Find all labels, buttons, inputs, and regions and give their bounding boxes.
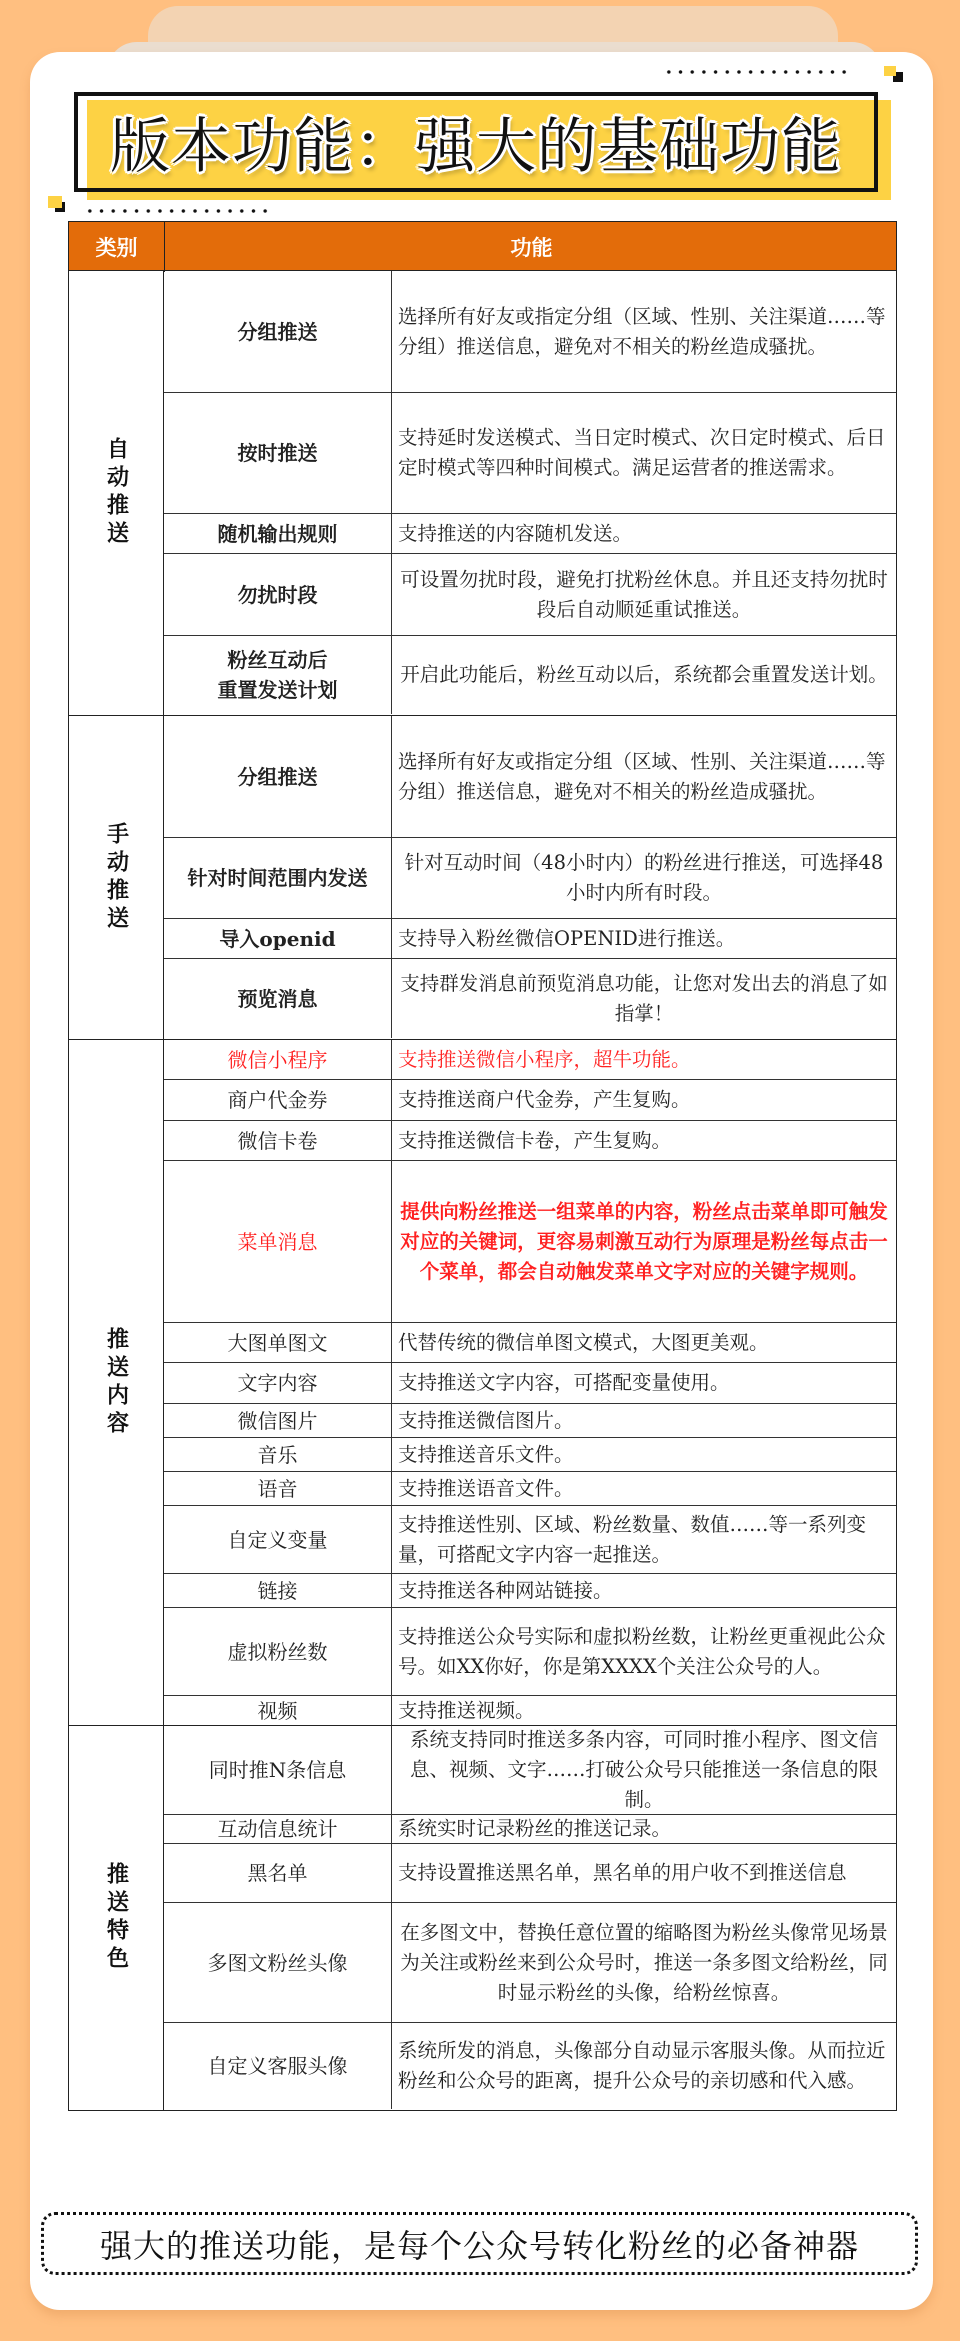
feature-name: 同时推N条信息: [164, 1726, 392, 1814]
feature-desc: 开启此功能后，粉丝互动以后，系统都会重置发送计划。: [392, 636, 896, 714]
feature-desc: 系统所发的消息，头像部分自动显示客服头像。从而拉近粉丝和公众号的距离，提升公众号…: [392, 2023, 896, 2109]
table-row: 分组推送 选择所有好友或指定分组（区域、性别、关注渠道……等分组）推送信息，避免…: [164, 271, 896, 393]
table-row: 视频 支持推送视频。: [164, 1696, 896, 1725]
feature-desc: 支持推送微信图片。: [392, 1404, 896, 1437]
feature-desc: 针对互动时间（48小时内）的粉丝进行推送，可选择48小时内所有时段。: [392, 838, 896, 918]
feature-desc: 支持群发消息前预览消息功能，让您对发出去的消息了如指掌！: [392, 959, 896, 1038]
feature-name: 分组推送: [164, 271, 392, 392]
feature-desc: 系统实时记录粉丝的推送记录。: [392, 1815, 896, 1843]
table-row: 勿扰时段 可设置勿扰时段，避免打扰粉丝休息。并且还支持勿扰时段后自动顺延重试推送…: [164, 554, 896, 636]
feature-desc: 支持导入粉丝微信OPENID进行推送。: [392, 919, 896, 958]
corner-square-yellow-bottom: [48, 196, 62, 208]
feature-name: 微信卡卷: [164, 1121, 392, 1160]
feature-name: 商户代金券: [164, 1080, 392, 1120]
table-row: 分组推送 选择所有好友或指定分组（区域、性别、关注渠道……等分组）推送信息，避免…: [164, 716, 896, 838]
table-row: 按时推送 支持延时发送模式、当日定时模式、次日定时模式、后日定时模式等四种时间模…: [164, 393, 896, 514]
feature-desc: 代替传统的微信单图文模式，大图更美观。: [392, 1323, 896, 1362]
feature-name: 分组推送: [164, 716, 392, 837]
feature-name: 按时推送: [164, 393, 392, 513]
table-row: 自定义变量 支持推送性别、区域、粉丝数量、数值……等一系列变量，可搭配文字内容一…: [164, 1506, 896, 1574]
feature-name: 语音: [164, 1472, 392, 1505]
table-row: 微信小程序 支持推送微信小程序，超牛功能。: [164, 1040, 896, 1080]
table-row: 微信图片 支持推送微信图片。: [164, 1404, 896, 1438]
footer-slogan: 强大的推送功能，是每个公众号转化粉丝的必备神器: [100, 2221, 859, 2267]
feature-name: 虚拟粉丝数: [164, 1608, 392, 1695]
table-row: 微信卡卷 支持推送微信卡卷，产生复购。: [164, 1121, 896, 1161]
table-row: 菜单消息 提供向粉丝推送一组菜单的内容，粉丝点击菜单即可触发对应的关键词，更容易…: [164, 1161, 896, 1323]
group-label: 手动推送: [69, 716, 164, 1039]
group-manual-push: 手动推送 分组推送 选择所有好友或指定分组（区域、性别、关注渠道……等分组）推送…: [68, 716, 897, 1040]
table-row: 链接 支持推送各种网站链接。: [164, 1574, 896, 1608]
title-banner: 版本功能：强大的基础功能: [74, 92, 878, 192]
feature-name: 微信小程序: [164, 1040, 392, 1079]
group-push-features: 推送特色 同时推N条信息 系统支持同时推送多条内容，可同时推小程序、图文信息、视…: [68, 1726, 897, 2111]
feature-desc: 支持推送商户代金券，产生复购。: [392, 1080, 896, 1120]
table-row: 粉丝互动后 重置发送计划 开启此功能后，粉丝互动以后，系统都会重置发送计划。: [164, 636, 896, 714]
table-row: 商户代金券 支持推送商户代金券，产生复购。: [164, 1080, 896, 1121]
feature-desc: 可设置勿扰时段，避免打扰粉丝休息。并且还支持勿扰时段后自动顺延重试推送。: [392, 554, 896, 635]
feature-desc: 支持推送的内容随机发送。: [392, 514, 896, 553]
feature-name: 文字内容: [164, 1363, 392, 1403]
page-title: 版本功能：强大的基础功能: [110, 99, 842, 185]
feature-name: 针对时间范围内发送: [164, 838, 392, 918]
table-row: 文字内容 支持推送文字内容，可搭配变量使用。: [164, 1363, 896, 1404]
table-row: 随机输出规则 支持推送的内容随机发送。: [164, 514, 896, 554]
table-row: 同时推N条信息 系统支持同时推送多条内容，可同时推小程序、图文信息、视频、文字……: [164, 1726, 896, 1815]
feature-desc: 支持推送微信小程序，超牛功能。: [392, 1040, 896, 1079]
feature-desc: 选择所有好友或指定分组（区域、性别、关注渠道……等分组）推送信息，避免对不相关的…: [392, 271, 896, 392]
header-category: 类别: [69, 222, 165, 272]
feature-name: 微信图片: [164, 1404, 392, 1437]
feature-desc: 系统支持同时推送多条内容，可同时推小程序、图文信息、视频、文字……打破公众号只能…: [392, 1726, 896, 1814]
feature-name: 链接: [164, 1574, 392, 1607]
group-auto-push: 自动推送 分组推送 选择所有好友或指定分组（区域、性别、关注渠道……等分组）推送…: [68, 271, 897, 716]
feature-name: 互动信息统计: [164, 1815, 392, 1843]
feature-desc: 支持推送视频。: [392, 1696, 896, 1725]
table-row: 导入openid 支持导入粉丝微信OPENID进行推送。: [164, 919, 896, 959]
table-row: 自定义客服头像 系统所发的消息，头像部分自动显示客服头像。从而拉近粉丝和公众号的…: [164, 2023, 896, 2109]
feature-desc: 支持推送语音文件。: [392, 1472, 896, 1505]
table-row: 音乐 支持推送音乐文件。: [164, 1438, 896, 1472]
decorative-dots-bottom: [84, 209, 274, 213]
feature-desc: 选择所有好友或指定分组（区域、性别、关注渠道……等分组）推送信息，避免对不相关的…: [392, 716, 896, 837]
feature-desc: 支持推送公众号实际和虚拟粉丝数，让粉丝更重视此公众号。如XX你好，你是第XXXX…: [392, 1608, 896, 1695]
feature-name: 自定义客服头像: [164, 2023, 392, 2109]
corner-square-yellow-top: [884, 66, 896, 76]
table-row: 预览消息 支持群发消息前预览消息功能，让您对发出去的消息了如指掌！: [164, 959, 896, 1038]
table-row: 互动信息统计 系统实时记录粉丝的推送记录。: [164, 1815, 896, 1844]
feature-name: 勿扰时段: [164, 554, 392, 635]
feature-name: 黑名单: [164, 1844, 392, 1902]
feature-name: 多图文粉丝头像: [164, 1903, 392, 2022]
table-row: 多图文粉丝头像 在多图文中，替换任意位置的缩略图为粉丝头像常见场景为关注或粉丝来…: [164, 1903, 896, 2023]
feature-name: 菜单消息: [164, 1161, 392, 1322]
feature-desc: 在多图文中，替换任意位置的缩略图为粉丝头像常见场景为关注或粉丝来到公众号时，推送…: [392, 1903, 896, 2022]
feature-name: 自定义变量: [164, 1506, 392, 1573]
feature-name: 预览消息: [164, 959, 392, 1038]
table-row: 针对时间范围内发送 针对互动时间（48小时内）的粉丝进行推送，可选择48小时内所…: [164, 838, 896, 919]
group-push-content: 推送内容 微信小程序 支持推送微信小程序，超牛功能。 商户代金券 支持推送商户代…: [68, 1040, 897, 1726]
header-function: 功能: [165, 222, 898, 272]
group-label: 推送内容: [69, 1040, 164, 1725]
feature-name: 粉丝互动后 重置发送计划: [164, 636, 392, 714]
feature-desc: 支持推送微信卡卷，产生复购。: [392, 1121, 896, 1160]
table-header: 类别 功能: [68, 221, 897, 271]
decorative-dots-top: [663, 70, 853, 74]
feature-desc: 支持推送各种网站链接。: [392, 1574, 896, 1607]
feature-desc: 支持设置推送黑名单，黑名单的用户收不到推送信息: [392, 1844, 896, 1902]
table-row: 黑名单 支持设置推送黑名单，黑名单的用户收不到推送信息: [164, 1844, 896, 1903]
feature-desc: 支持推送性别、区域、粉丝数量、数值……等一系列变量，可搭配文字内容一起推送。: [392, 1506, 896, 1573]
table-row: 虚拟粉丝数 支持推送公众号实际和虚拟粉丝数，让粉丝更重视此公众号。如XX你好，你…: [164, 1608, 896, 1696]
feature-name: 音乐: [164, 1438, 392, 1471]
footer-banner: 强大的推送功能，是每个公众号转化粉丝的必备神器: [41, 2212, 918, 2275]
feature-desc: 支持推送音乐文件。: [392, 1438, 896, 1471]
feature-desc: 提供向粉丝推送一组菜单的内容，粉丝点击菜单即可触发对应的关键词，更容易刺激互动行…: [392, 1161, 896, 1322]
feature-desc: 支持推送文字内容，可搭配变量使用。: [392, 1363, 896, 1403]
feature-name: 大图单图文: [164, 1323, 392, 1362]
table-row: 大图单图文 代替传统的微信单图文模式，大图更美观。: [164, 1323, 896, 1363]
feature-name: 随机输出规则: [164, 514, 392, 553]
group-label: 自动推送: [69, 271, 164, 715]
table-row: 语音 支持推送语音文件。: [164, 1472, 896, 1506]
group-label: 推送特色: [69, 1726, 164, 2110]
feature-name: 视频: [164, 1696, 392, 1725]
feature-name: 导入openid: [164, 919, 392, 958]
feature-desc: 支持延时发送模式、当日定时模式、次日定时模式、后日定时模式等四种时间模式。满足运…: [392, 393, 896, 513]
